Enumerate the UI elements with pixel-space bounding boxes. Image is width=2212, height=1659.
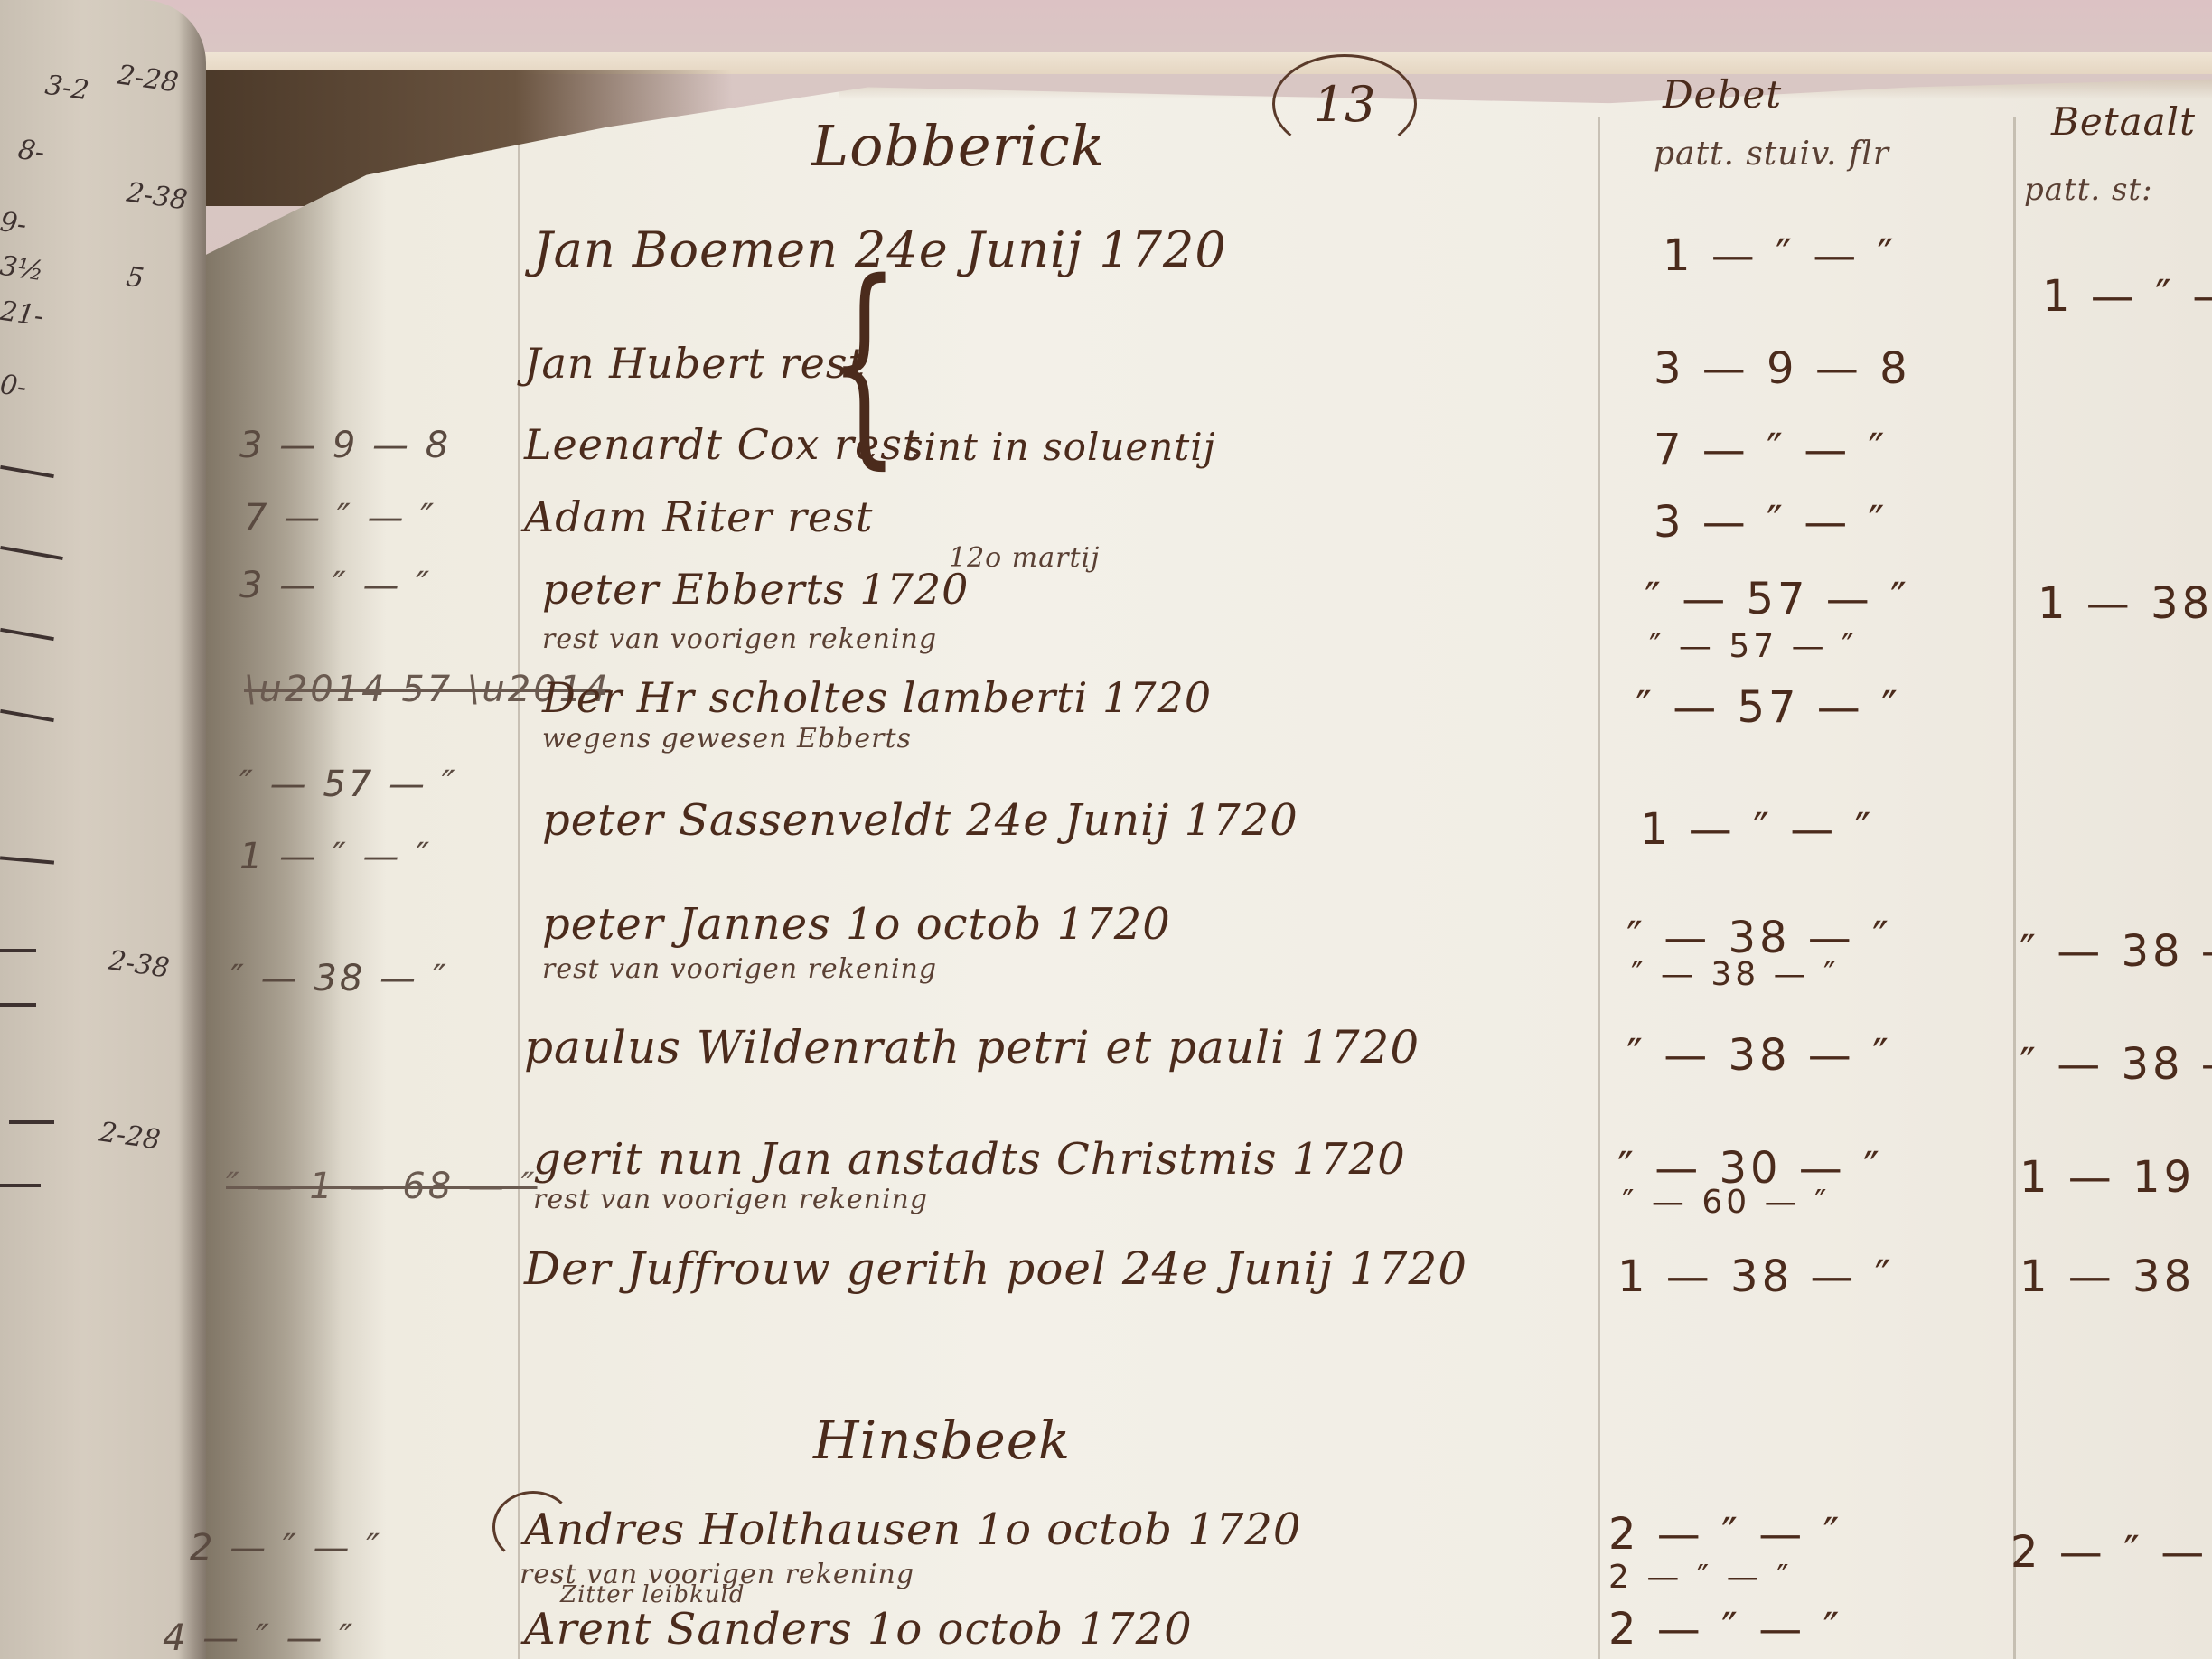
grouping-brace: { [829, 253, 898, 470]
entry-debet: 1 — 38 — ″ [1617, 1251, 1895, 1302]
left-page-mark: 2-28 [98, 1116, 163, 1156]
left-page-mark: 9- [0, 206, 29, 241]
entry-paid: 1 — ″ — [2042, 271, 2212, 322]
entry-debet: 1 — ″ — ″ [1663, 230, 1897, 281]
entry-subline: rest van voorigen rekening [542, 623, 937, 655]
ledger-page [206, 63, 2212, 1659]
left-page-dash [0, 1184, 41, 1187]
entry-debet: ″ — 57 — ″ [1636, 682, 1901, 733]
entry-paid: 1 — 38 — [2038, 578, 2212, 629]
entry-date-correction: 12o martij [949, 542, 1100, 574]
page-number-text: 13 [1314, 76, 1376, 133]
margin-amount: 7 — ″ — ″ [244, 497, 436, 539]
paid-column-header: Betaalt [2051, 99, 2196, 144]
left-page-dash [0, 709, 54, 722]
debet-column-header: Debet [1663, 72, 1782, 117]
entry-paid: ″ — 38 — [2020, 1039, 2212, 1090]
margin-amount: 3 — ″ — ″ [239, 565, 432, 606]
entry-name: peter Sassenveldt 24e Junij 1720 [542, 795, 1298, 846]
entry-name: gerit nun Jan anstadts Christmis 1720 [533, 1134, 1406, 1185]
margin-amount: 3 — 9 — 8 [239, 425, 451, 466]
debet-column-subheader: patt. stuiv. flr [1654, 136, 1889, 173]
entry-debet: 7 — ″ — ″ [1654, 425, 1888, 475]
section-title-lobberick: Lobberick [811, 113, 1105, 179]
entry-name: Jan Hubert rest [524, 339, 866, 388]
entry-note: sint in soluentij [904, 425, 1216, 469]
left-page-dash [0, 465, 54, 478]
entry-name: Der Hr scholtes lamberti 1720 [542, 673, 1212, 722]
entry-debet: 1 — ″ — ″ [1640, 804, 1874, 855]
left-page-dash [0, 949, 36, 952]
entry-name: Der Juffrouw gerith poel 24e Junij 1720 [524, 1242, 1467, 1295]
debet-column-rule [1598, 117, 1600, 1659]
left-page-mark: 5 [125, 261, 146, 295]
left-page-mark: 2-38 [107, 944, 172, 984]
paid-column-rule [2013, 117, 2016, 1659]
left-page-mark: 3-2 [43, 70, 91, 107]
entry-debet: ″ — 38 — ″ [1626, 1030, 1892, 1081]
page-number: 13 [1272, 54, 1417, 154]
left-page-mark: 21- [0, 295, 46, 333]
left-page-dash [0, 1003, 36, 1007]
entry-name: Andres Holthausen 1o octob 1720 [524, 1504, 1301, 1555]
margin-amount: 2 — ″ — ″ [190, 1527, 382, 1569]
entry-name: Adam Riter rest [524, 492, 873, 541]
entry-debet: 2 — ″ — ″ [1608, 1604, 1842, 1654]
left-page-dash [0, 628, 54, 641]
entry-debet-sub: 2 — ″ — ″ [1608, 1559, 1793, 1596]
entry-name: Arent Sanders 1o octob 1720 [524, 1604, 1193, 1654]
left-page-mark: 3½ [0, 250, 45, 287]
left-page-dash [0, 546, 63, 560]
margin-amount: ″ — 38 — ″ [230, 958, 449, 999]
left-page-dash [9, 1120, 54, 1124]
entry-paid: 1 — 38 — [2020, 1251, 2212, 1302]
entry-paid: 1 — 19 — [2020, 1152, 2212, 1203]
entry-debet-sub: ″ — 57 — ″ [1649, 628, 1857, 665]
left-page-mark: 8- [16, 134, 47, 169]
margin-rule [518, 117, 520, 1659]
entry-debet: 3 — 9 — 8 [1654, 343, 1911, 394]
entry-subline: rest van voorigen rekening [542, 953, 937, 985]
entry-paid: 2 — ″ — [2010, 1527, 2207, 1578]
entry-name: peter Ebberts 1720 [542, 565, 969, 614]
entry-name: paulus Wildenrath petri et pauli 1720 [524, 1021, 1420, 1073]
entry-debet: 3 — ″ — ″ [1654, 497, 1888, 548]
entry-paid: ″ — 38 — [2020, 926, 2212, 977]
margin-amount: 1 — ″ — ″ [239, 836, 432, 877]
entry-debet-sub: ″ — 38 — ″ [1631, 956, 1839, 993]
margin-amount: 4 — ″ — ″ [163, 1617, 355, 1659]
entry-subline: wegens gewesen Ebberts [542, 723, 912, 755]
left-page: 2-28 3-2 8- 2-38 5 9- 3½ 21- 0- 2-38 2-2… [0, 0, 206, 1659]
entry-name: peter Jannes 1o octob 1720 [542, 899, 1171, 950]
left-page-mark: 0- [0, 369, 29, 404]
paid-column-subheader: patt. st: [2024, 172, 2153, 208]
entry-subline: rest van voorigen rekening [533, 1184, 928, 1215]
left-page-mark: 2-28 [116, 59, 181, 98]
section-title-hinsbeek: Hinsbeek [813, 1410, 1071, 1471]
entry-debet-sub: ″ — 60 — ″ [1622, 1184, 1830, 1221]
gutter-shadow [179, 0, 206, 1659]
left-page-dash [0, 856, 54, 864]
entry-debet: ″ — 57 — ″ [1645, 574, 1910, 624]
margin-amount: ″ — 57 — ″ [239, 764, 458, 805]
margin-amount-struck: ″ — 1 — 68 — ″ [226, 1166, 538, 1207]
entry-debet: 2 — ″ — ″ [1608, 1509, 1842, 1560]
